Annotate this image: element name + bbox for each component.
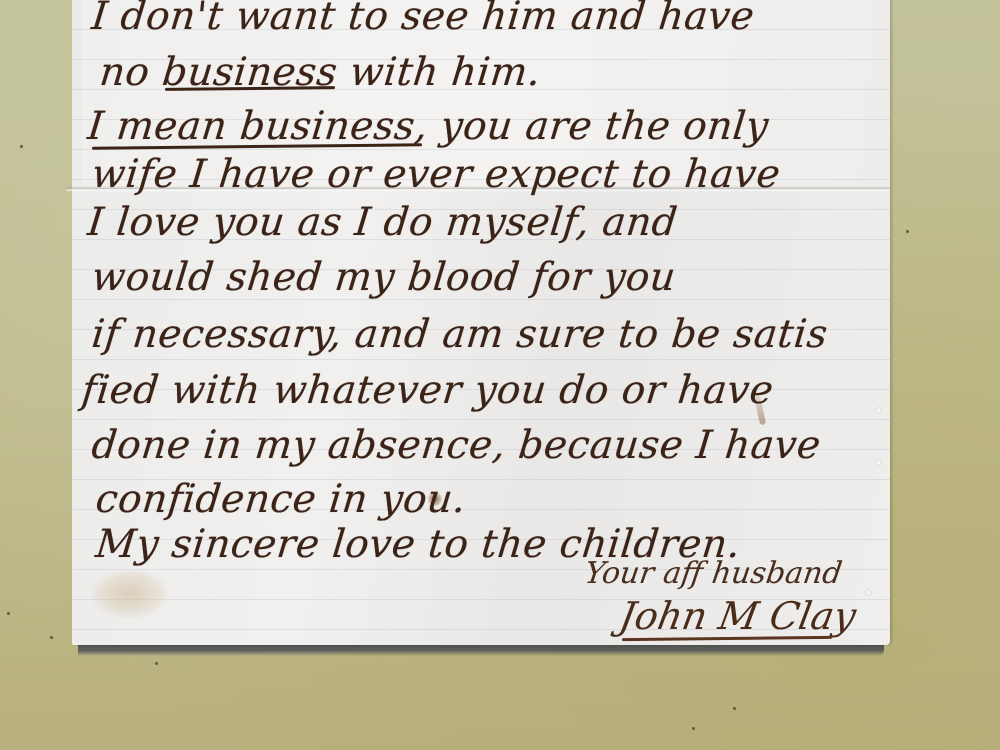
pinhole bbox=[876, 408, 881, 413]
letter-line: would shed my blood for you bbox=[90, 255, 678, 300]
pinhole bbox=[876, 460, 881, 465]
dust-speck bbox=[20, 145, 23, 148]
letter-line: confidence in you. bbox=[94, 477, 469, 522]
letter-closing: Your aff husband bbox=[583, 556, 845, 591]
dust-speck bbox=[7, 612, 10, 615]
letter-line: I don't want to see him and have bbox=[90, 0, 757, 39]
letter-line: done in my absence, because I have bbox=[90, 423, 823, 468]
dust-speck bbox=[692, 727, 695, 730]
letter-line: wife I have or ever expect to have bbox=[90, 152, 783, 197]
letter-line: if necessary, and am sure to be satis bbox=[90, 312, 830, 357]
dust-speck bbox=[155, 662, 158, 665]
dust-speck bbox=[906, 230, 909, 233]
letter-line: I mean business, you are the only bbox=[86, 104, 771, 149]
letter-line: fied with whatever you do or have bbox=[80, 368, 776, 413]
dust-speck bbox=[50, 636, 53, 639]
pinhole bbox=[866, 590, 871, 595]
letter-signature: John M Clay bbox=[616, 594, 859, 638]
dust-speck bbox=[733, 707, 736, 710]
water-stain bbox=[92, 570, 167, 618]
letter-line: I love you as I do myself, and bbox=[86, 200, 680, 245]
